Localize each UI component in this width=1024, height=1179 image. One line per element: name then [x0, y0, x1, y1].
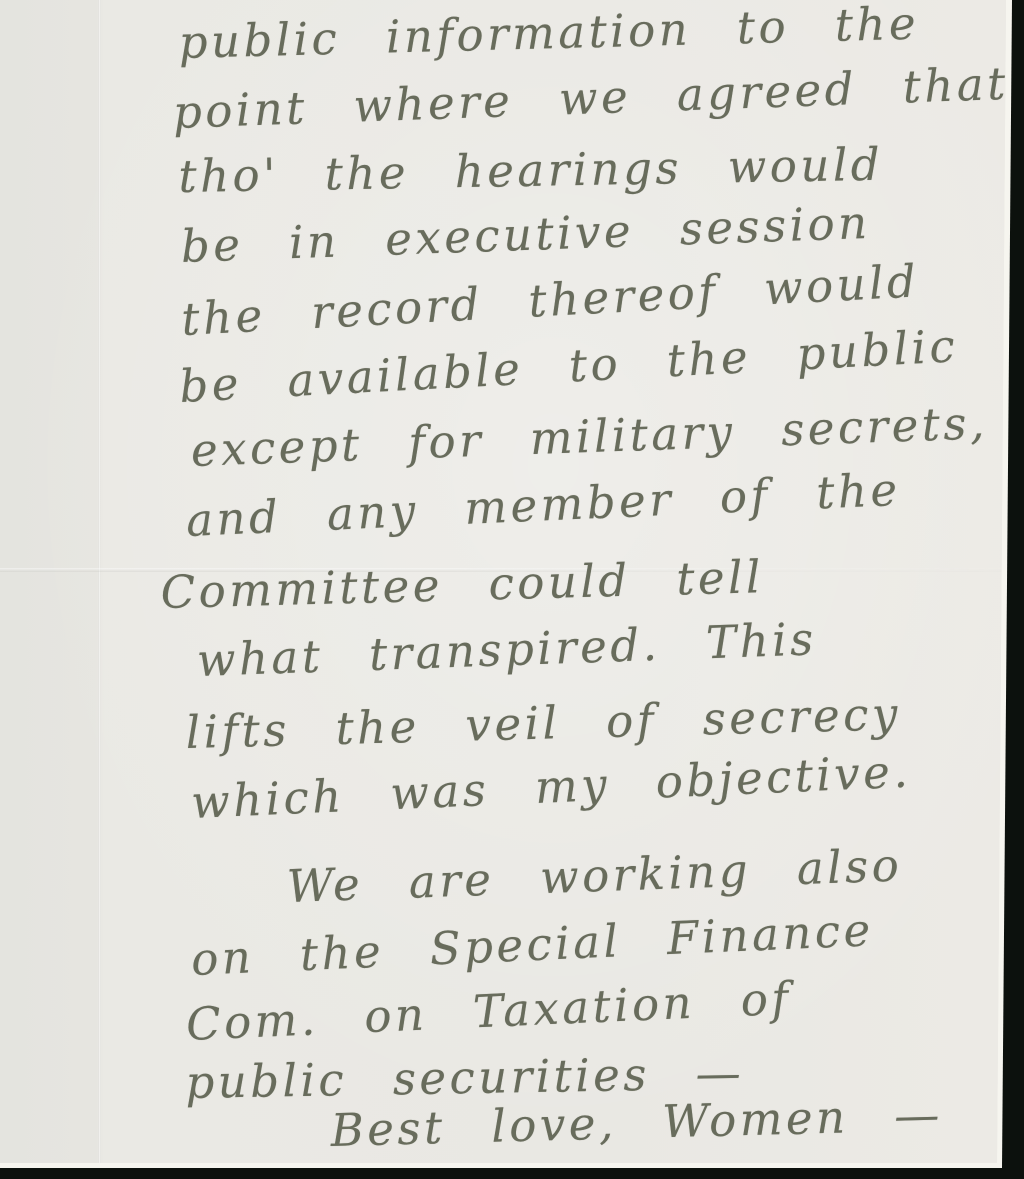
letter-line: Committee could tell	[160, 550, 764, 619]
letter-line: point where we agreed that	[172, 57, 1010, 139]
scanned-letter-page: public information to the point where we…	[0, 0, 1024, 1179]
letter-line: which was my objective.	[190, 745, 912, 829]
letter-line: what transpired. This	[196, 612, 817, 687]
letter-line: and any member of the	[185, 463, 902, 547]
letter-paper: public information to the point where we…	[0, 0, 1006, 1163]
letter-line: public information to the	[178, 0, 920, 69]
vertical-fold-crease	[98, 0, 101, 1163]
letter-line: lifts the veil of secrecy	[185, 687, 901, 759]
letter-line: Com. on Taxation of	[185, 972, 793, 1051]
letter-line: tho' the hearings would	[178, 138, 883, 203]
letter-line: We are working also	[286, 839, 903, 913]
